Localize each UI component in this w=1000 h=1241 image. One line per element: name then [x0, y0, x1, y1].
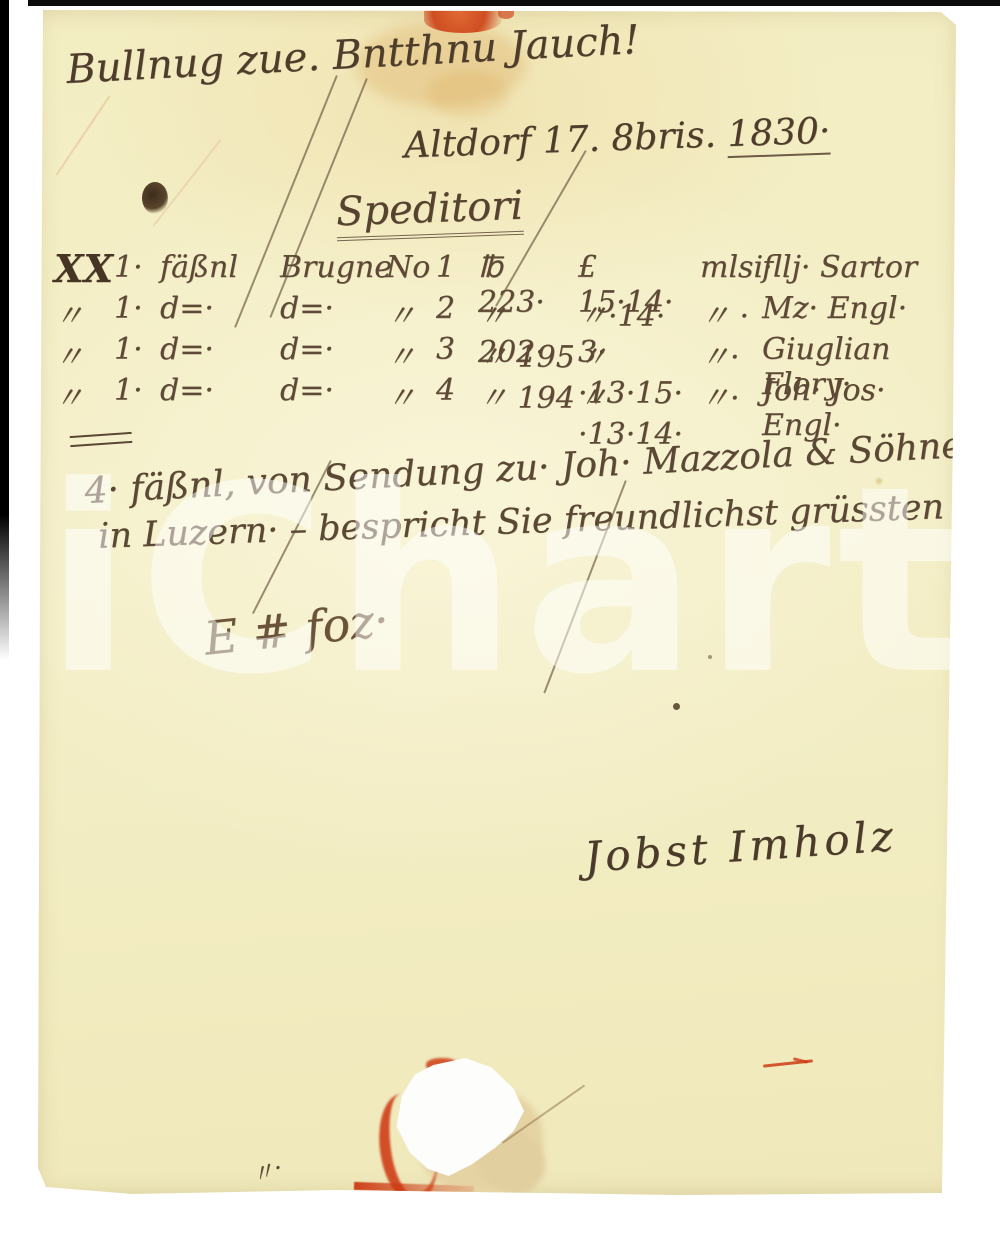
number-label-cell: 〃: [386, 332, 436, 376]
item-cell: d=·: [280, 332, 386, 367]
number-cell: 2: [436, 291, 478, 326]
ink-showthrough: [152, 139, 221, 227]
dateline-place-date: Altdorf 17. 8bris.: [403, 115, 716, 167]
item-cell: d=·: [280, 373, 386, 408]
weight-cell: 〃 194: [478, 373, 578, 417]
weight-cell: 〃 195: [478, 332, 578, 376]
corner-mark: 〃·: [245, 1148, 287, 1192]
unit-cell: d=·: [160, 373, 280, 408]
mark-cell: XX: [54, 246, 114, 291]
number-cell: 4: [436, 373, 478, 408]
note-cell: 〃·: [700, 332, 762, 376]
salutation: Speditori: [335, 183, 524, 236]
letter-heading: Bullnug zue. Bntthnu Jauch!: [65, 17, 640, 93]
consignee-cell: Mz· Engl·: [762, 291, 944, 326]
scanner-edge-top: [28, 0, 1000, 6]
table-row: 〃 1· d=· d=· 〃 4 〃 194 〃·13·14· 〃· Joh· …: [54, 373, 944, 414]
number-label-cell: No: [386, 250, 436, 285]
quantity-cell: 1·: [114, 373, 160, 408]
signature: Jobst Imholz: [583, 811, 899, 882]
consignee-cell: fllj· Sartor: [762, 250, 944, 285]
sum-rule: [70, 432, 133, 447]
dateline: Altdorf 17. 8bris. 1830·: [403, 111, 831, 167]
table-row: XX 1· fäßnl Brugne No 1 ℔ 223· £ 15·14· …: [54, 250, 944, 291]
quantity-cell: 1·: [114, 332, 160, 367]
note-cell: 〃 ·: [700, 291, 762, 335]
unit-cell: d=·: [160, 291, 280, 326]
unit-cell: d=·: [160, 332, 280, 367]
mark-cell: 〃: [54, 373, 114, 417]
letter-paper: Bullnug zue. Bntthnu Jauch! Altdorf 17. …: [36, 10, 958, 1195]
freight-table: XX 1· fäßnl Brugne No 1 ℔ 223· £ 15·14· …: [54, 250, 944, 414]
foxing-spot: [708, 655, 712, 659]
foxing-spot: [673, 703, 680, 710]
scanner-edge-left: [0, 0, 9, 660]
ink-showthrough: [56, 96, 111, 176]
quantity-cell: 1·: [114, 291, 160, 326]
note-cell: 〃·: [700, 373, 762, 417]
quantity-cell: 1·: [114, 250, 160, 285]
mark-cell: 〃: [54, 332, 114, 376]
clerk-paraph: E # foz·: [202, 592, 392, 665]
table-row: 〃 1· d=· d=· 〃 3 〃 195 〃·13·15· 〃· Giugl…: [54, 332, 944, 373]
scanned-letter-image: Bullnug zue. Bntthnu Jauch! Altdorf 17. …: [0, 0, 1000, 1241]
number-cell: 1: [436, 250, 478, 285]
red-wax-fragment-top: [498, 9, 514, 19]
foxing-spot: [876, 478, 882, 484]
item-cell: d=·: [280, 291, 386, 326]
number-cell: 3: [436, 332, 478, 367]
number-label-cell: 〃: [386, 291, 436, 335]
number-label-cell: 〃: [386, 373, 436, 417]
age-stain: [428, 70, 508, 118]
dateline-year: 1830·: [727, 111, 832, 159]
note-cell: mlsi·: [700, 250, 762, 285]
mark-cell: 〃: [54, 291, 114, 335]
